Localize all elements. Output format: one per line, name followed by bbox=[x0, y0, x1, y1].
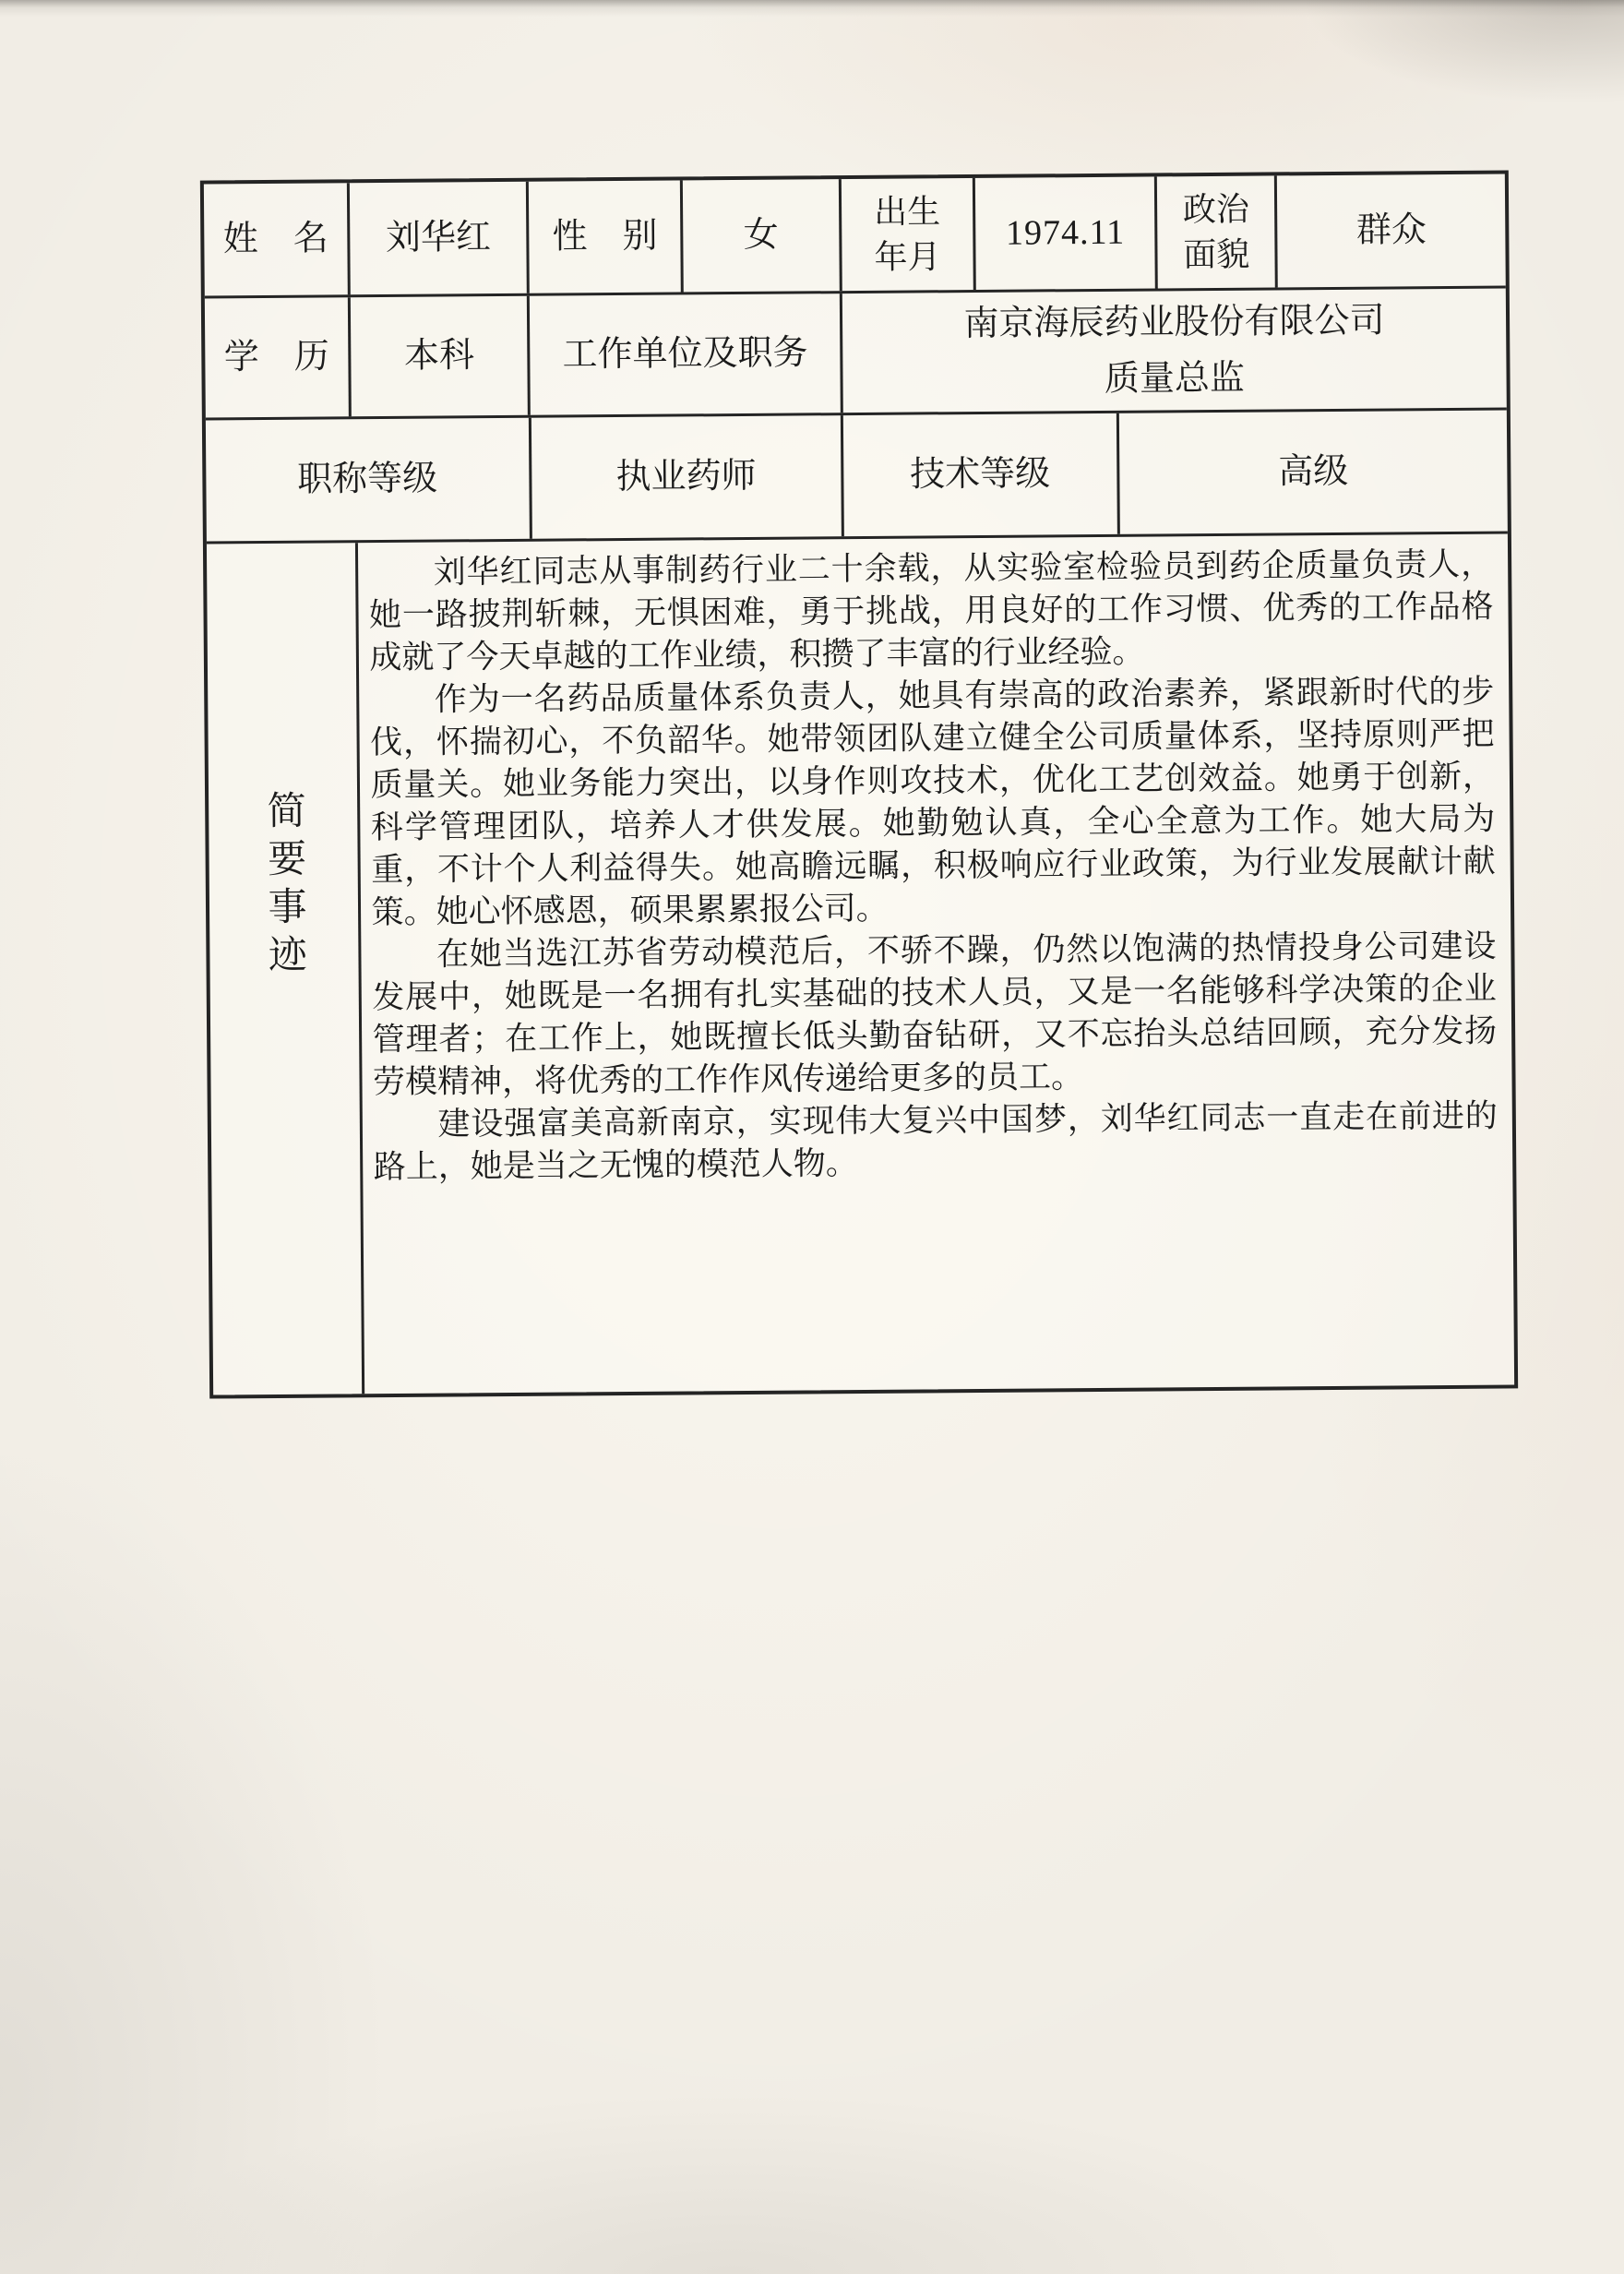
deeds-paragraph-4: 建设强富美高新南京，实现伟大复兴中国梦，刘华红同志一直走在前进的路上，她是当之无… bbox=[373, 1095, 1498, 1190]
birth-date-value: 1974.11 bbox=[975, 176, 1158, 290]
deeds-label: 简要事迹 bbox=[207, 543, 364, 1394]
row-basic-info: 姓 名 刘华红 性 别 女 出生 年月 1974.11 政治 面貌 群众 bbox=[204, 174, 1506, 298]
name-label: 姓 名 bbox=[204, 183, 351, 295]
row-deeds: 简要事迹 刘华红同志从事制药行业二十余载，从实验室检验员到药企质量负责人，她一路… bbox=[207, 533, 1514, 1394]
work-unit-value: 南京海辰药业股份有限公司 质量总监 bbox=[842, 288, 1507, 413]
political-status-label: 政治 面貌 bbox=[1157, 175, 1278, 288]
deeds-paragraph-3: 在她当选江苏省劳动模范后，不骄不躁，仍然以饱满的热情投身公司建设发展中，她既是一… bbox=[372, 926, 1498, 1105]
work-unit-label: 工作单位及职务 bbox=[530, 293, 842, 415]
technical-grade-value: 高级 bbox=[1119, 410, 1508, 533]
gender-value: 女 bbox=[683, 179, 842, 292]
row-titles: 职称等级 执业药师 技术等级 高级 bbox=[206, 410, 1508, 544]
birth-date-label: 出生 年月 bbox=[842, 178, 976, 291]
birth-date-label-line2: 年月 bbox=[874, 234, 940, 280]
education-label: 学 历 bbox=[205, 297, 352, 417]
scanned-document-page: 姓 名 刘华红 性 别 女 出生 年月 1974.11 政治 面貌 群众 学 历… bbox=[0, 0, 1624, 2274]
political-status-label-line2: 面貌 bbox=[1183, 232, 1249, 277]
personnel-form-table: 姓 名 刘华红 性 别 女 出生 年月 1974.11 政治 面貌 群众 学 历… bbox=[200, 170, 1518, 1398]
education-value: 本科 bbox=[351, 296, 531, 417]
birth-date-label-line1: 出生 bbox=[874, 189, 940, 234]
row-education-work: 学 历 本科 工作单位及职务 南京海辰药业股份有限公司 质量总监 bbox=[205, 288, 1507, 420]
gender-label: 性 别 bbox=[529, 180, 683, 293]
work-unit-position: 质量总监 bbox=[964, 349, 1385, 408]
deeds-paragraph-1: 刘华红同志从事制药行业二十余载，从实验室检验员到药企质量负责人，她一路披荆斩棘，… bbox=[369, 544, 1494, 680]
work-unit-company: 南京海辰药业股份有限公司 bbox=[963, 293, 1384, 352]
political-status-value: 群众 bbox=[1277, 174, 1506, 287]
professional-title-label: 职称等级 bbox=[206, 418, 532, 542]
deeds-content: 刘华红同志从事制药行业二十余载，从实验室检验员到药企质量负责人，她一路披荆斩棘，… bbox=[357, 533, 1514, 1394]
political-status-label-line1: 政治 bbox=[1183, 187, 1249, 233]
deeds-paragraph-2: 作为一名药品质量体系负责人，她具有崇高的政治素养，紧跟新时代的步伐，怀揣初心，不… bbox=[370, 671, 1497, 935]
deeds-label-text: 简要事迹 bbox=[259, 790, 307, 982]
name-value: 刘华红 bbox=[350, 182, 531, 295]
professional-title-value: 执业药师 bbox=[531, 415, 843, 539]
technical-grade-label: 技术等级 bbox=[843, 413, 1120, 536]
